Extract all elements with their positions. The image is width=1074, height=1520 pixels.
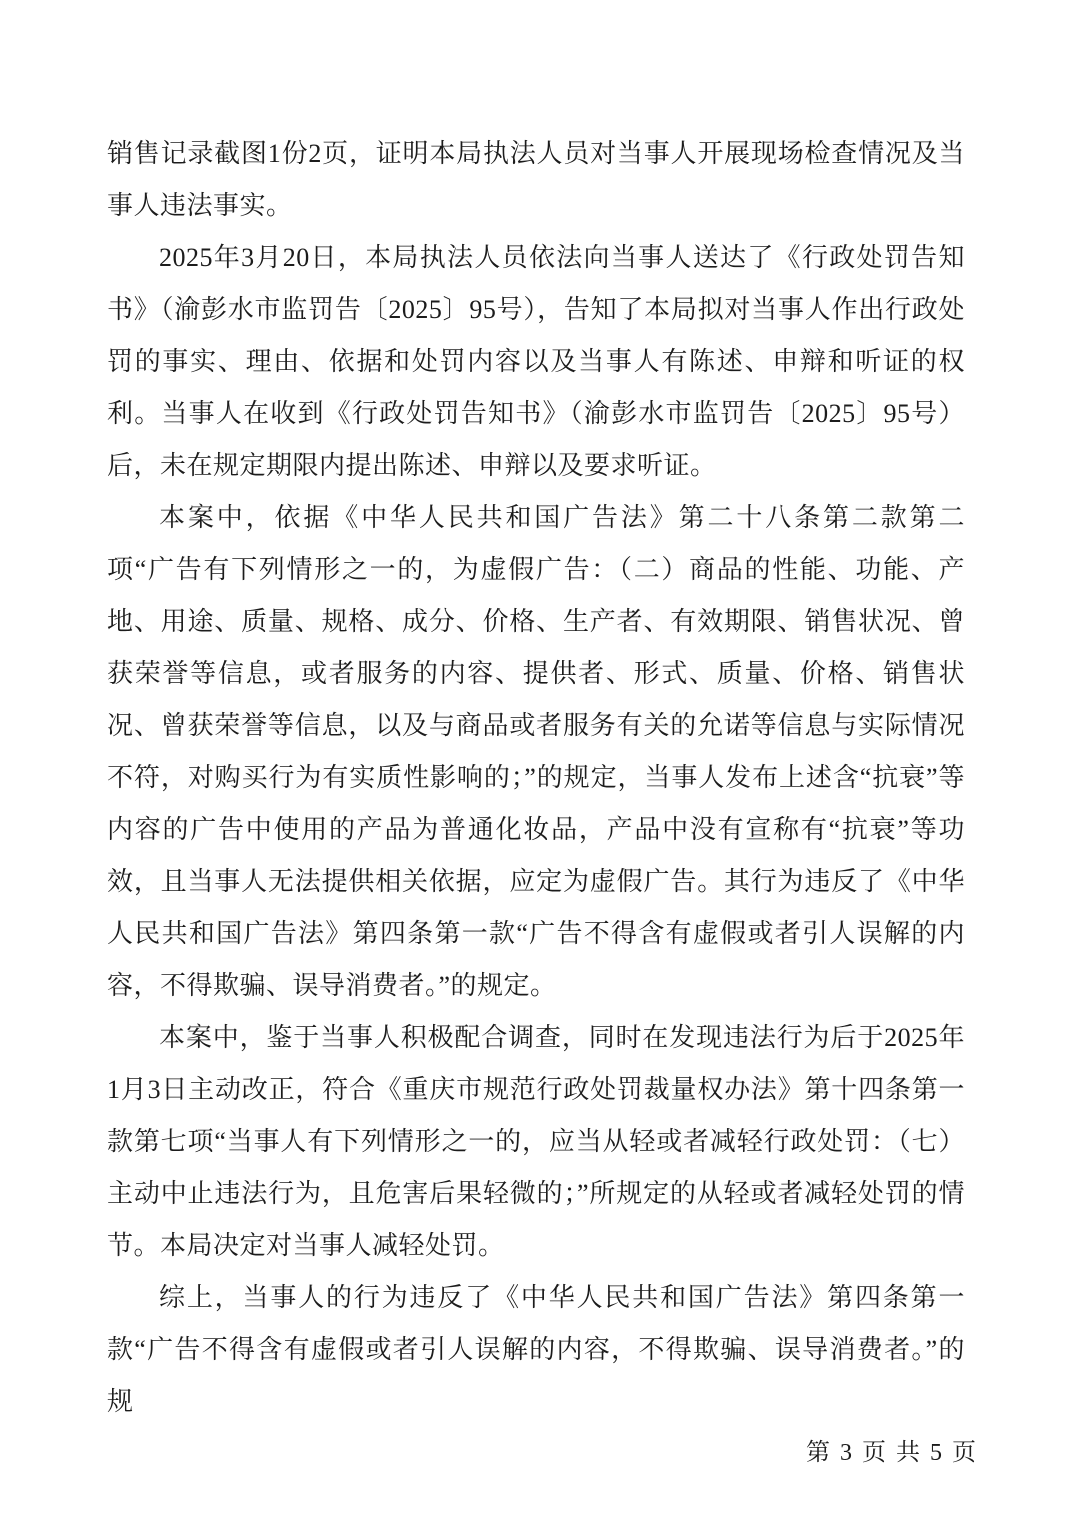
paragraph: 本案中，依据《中华人民共和国广告法》第二十八条第二款第二项“广告有下列情形之一的… (107, 492, 965, 1012)
page-number: 第 3 页 共 5 页 (806, 1438, 978, 1468)
paragraph: 综上，当事人的行为违反了《中华人民共和国广告法》第四条第一款“广告不得含有虚假或… (107, 1272, 965, 1428)
paragraph: 销售记录截图1份2页，证明本局执法人员对当事人开展现场检查情况及当事人违法事实。 (107, 128, 965, 232)
document-body: 销售记录截图1份2页，证明本局执法人员对当事人开展现场检查情况及当事人违法事实。… (107, 128, 965, 1428)
document-page: 销售记录截图1份2页，证明本局执法人员对当事人开展现场检查情况及当事人违法事实。… (0, 0, 1074, 1520)
paragraph: 本案中，鉴于当事人积极配合调查，同时在发现违法行为后于2025年1月3日主动改正… (107, 1012, 965, 1272)
paragraph: 2025年3月20日，本局执法人员依法向当事人送达了《行政处罚告知书》（渝彭水市… (107, 232, 965, 492)
